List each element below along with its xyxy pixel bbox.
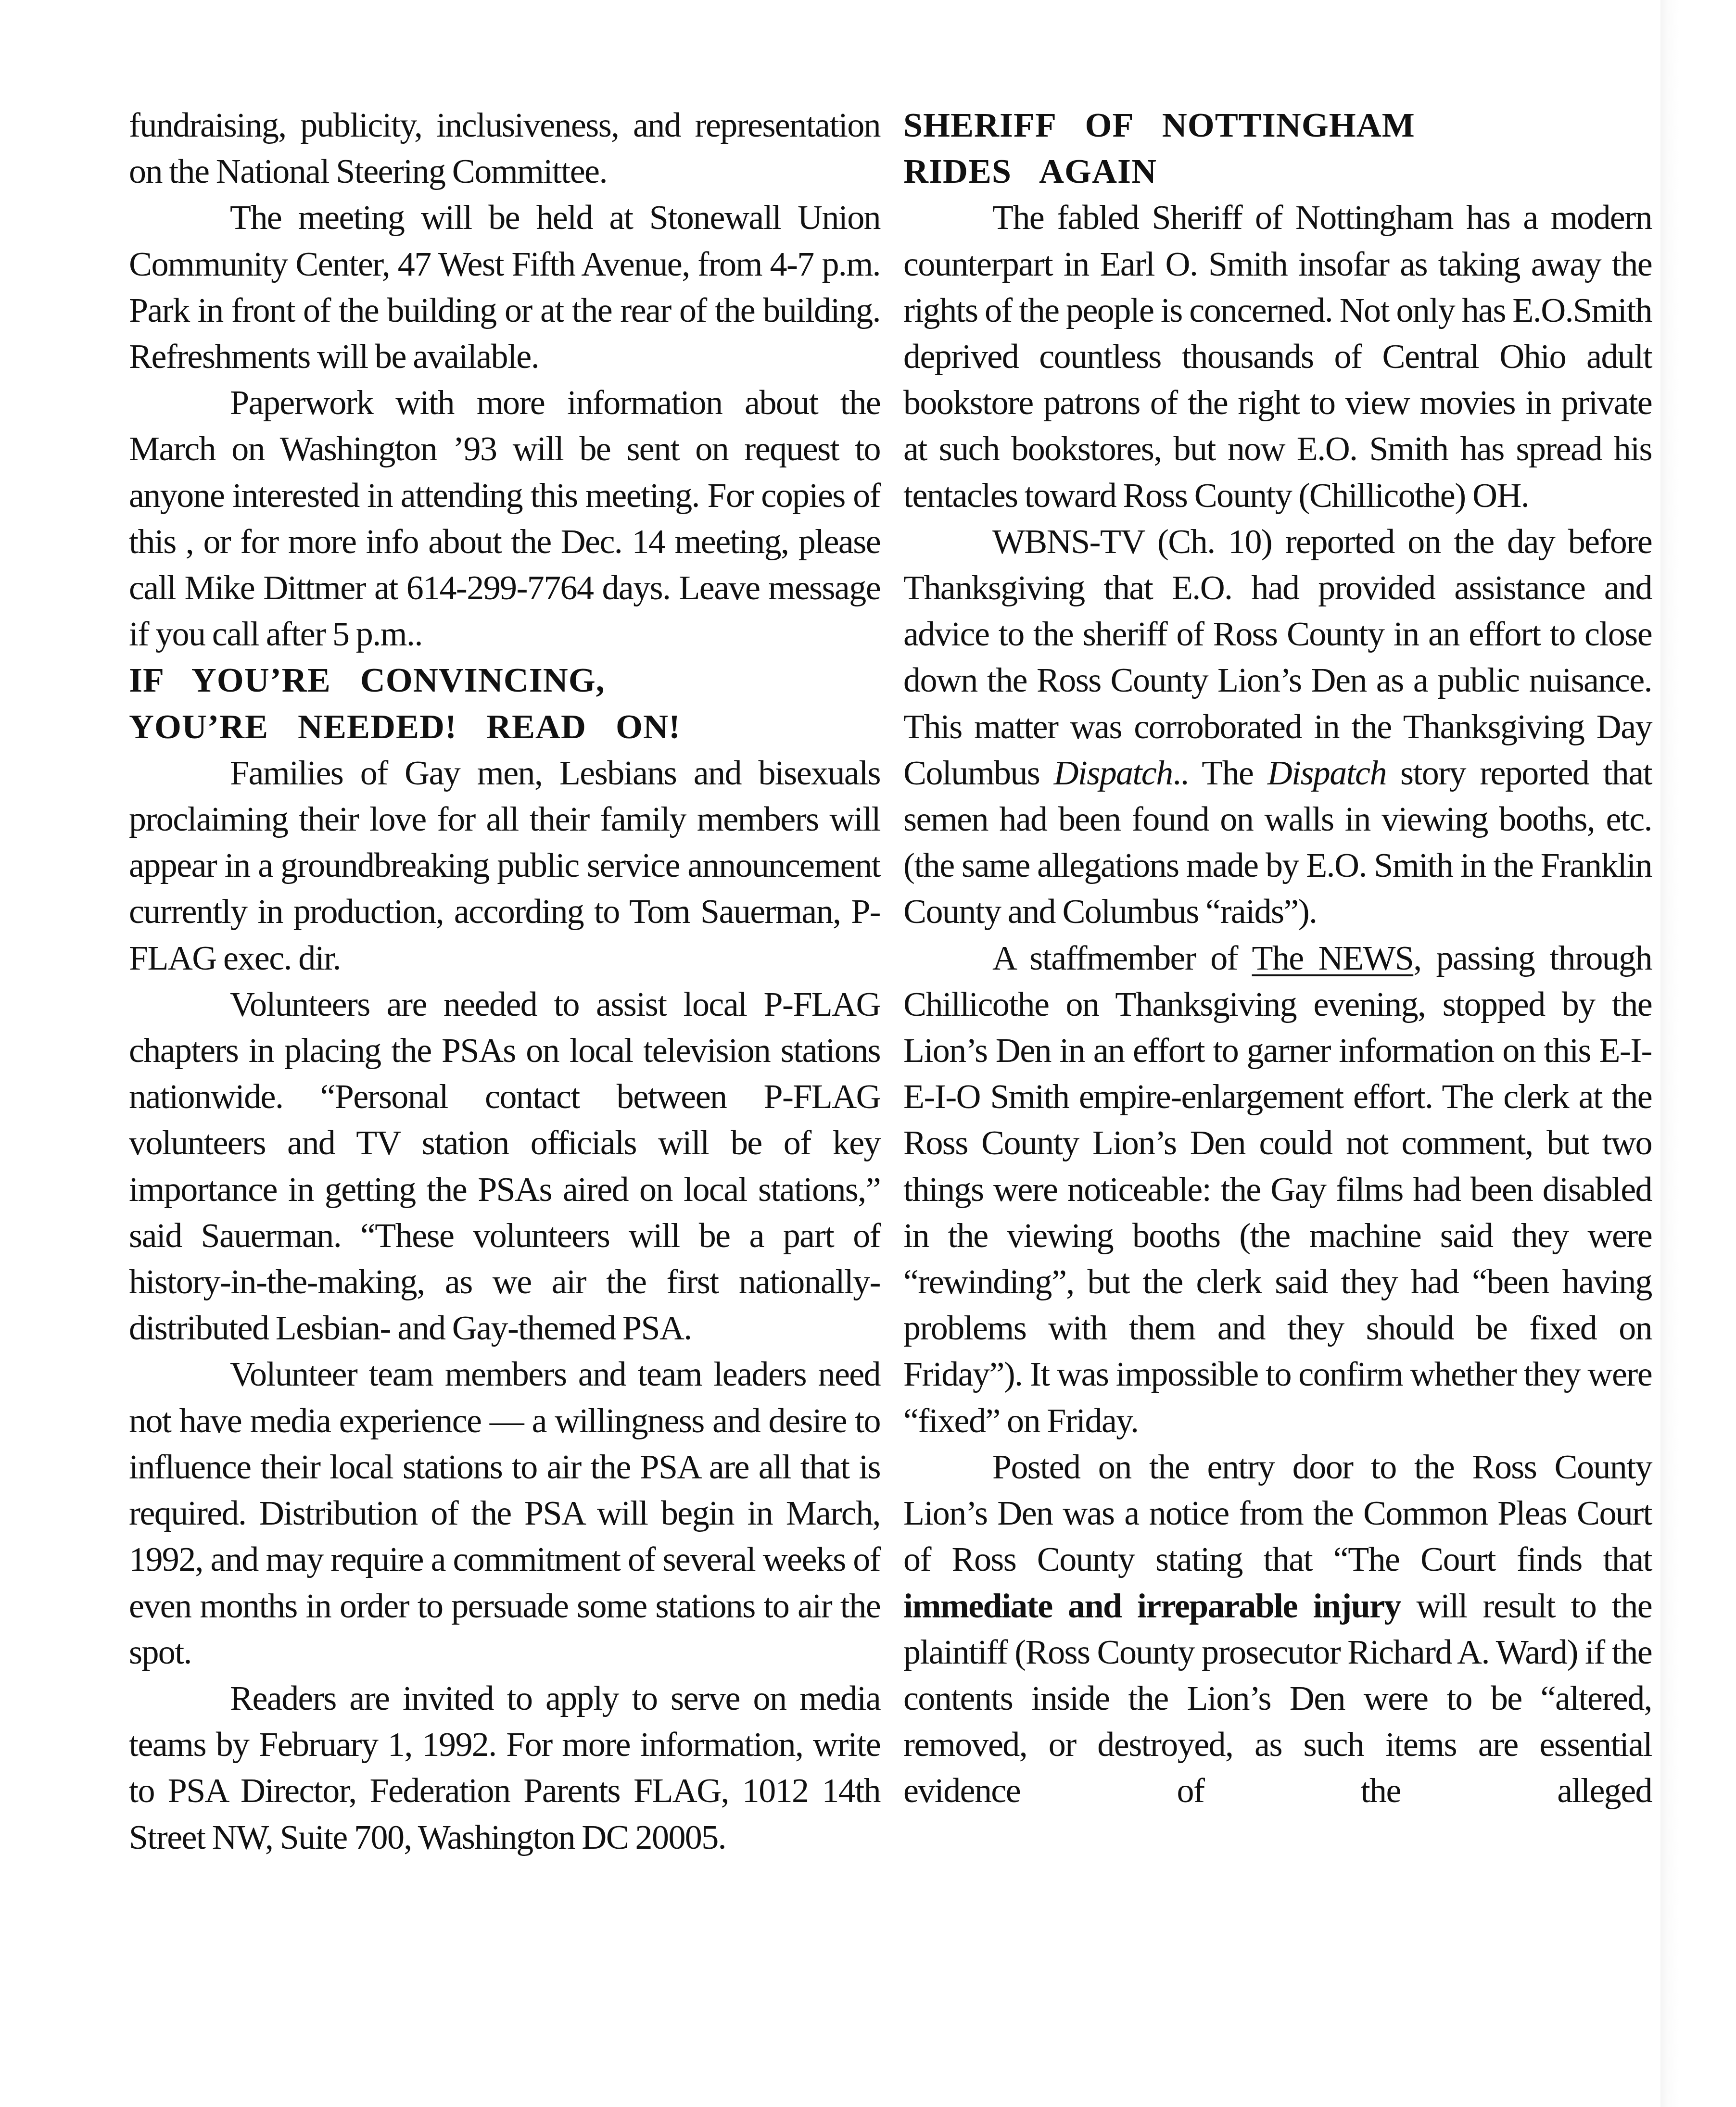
headline-sheriff-line1: SHERIFF OF NOTTINGHAM bbox=[903, 106, 1415, 144]
paragraph-meeting-location: The meeting will be held at Stonewall Un… bbox=[129, 194, 880, 379]
court-text-a: Posted on the entry door to the Ross Cou… bbox=[903, 1448, 1652, 1578]
court-bold-phrase: immediate and irreparable injury bbox=[903, 1587, 1401, 1625]
paragraph-staffmember-visit: A staffmember of The NEWS, passing throu… bbox=[903, 935, 1652, 1444]
headline-sheriff-line2: RIDES AGAIN bbox=[903, 152, 1157, 190]
paragraph-wbns-report: WBNS-TV (Ch. 10) reported on the day bef… bbox=[903, 518, 1652, 935]
paragraph-court-notice: Posted on the entry door to the Ross Cou… bbox=[903, 1444, 1652, 1814]
headline-sheriff: SHERIFF OF NOTTINGHAM RIDES AGAIN bbox=[903, 102, 1652, 194]
wbns-text-a: WBNS-TV (Ch. 10) reported on the day bef… bbox=[903, 522, 1652, 792]
staff-text-a: A staffmember of bbox=[992, 939, 1252, 977]
paragraph-paperwork-info: Paperwork with more information about th… bbox=[129, 379, 880, 657]
left-column: fundraising, publicity, inclusiveness, a… bbox=[129, 102, 880, 1860]
right-column: SHERIFF OF NOTTINGHAM RIDES AGAIN The fa… bbox=[903, 102, 1652, 1814]
headline-convincing-line2: YOU’RE NEEDED! READ ON! bbox=[129, 707, 681, 746]
dispatch-title-1: Dispatch bbox=[1053, 754, 1172, 792]
newsletter-page: fundraising, publicity, inclusiveness, a… bbox=[0, 0, 1736, 2107]
dispatch-title-2: Dispatch bbox=[1267, 754, 1386, 792]
paragraph-team-members: Volunteer team members and team leaders … bbox=[129, 1351, 880, 1675]
paragraph-steering-committee: fundraising, publicity, inclusiveness, a… bbox=[129, 102, 880, 194]
paragraph-readers-apply: Readers are invited to apply to serve on… bbox=[129, 1675, 880, 1860]
paragraph-sheriff-intro: The fabled Sheriff of Nottingham has a m… bbox=[903, 194, 1652, 518]
wbns-text-b: .. The bbox=[1173, 754, 1267, 792]
the-news-title: The NEWS bbox=[1252, 939, 1414, 977]
scan-edge-shadow bbox=[1660, 0, 1736, 2107]
headline-convincing: IF YOU’RE CONVINCING, YOU’RE NEEDED! REA… bbox=[129, 657, 880, 749]
staff-text-b: , passing through Chillicothe on Thanksg… bbox=[903, 939, 1652, 1440]
paragraph-volunteers-needed: Volunteers are needed to assist local P-… bbox=[129, 981, 880, 1351]
headline-convincing-line1: IF YOU’RE CONVINCING, bbox=[129, 661, 605, 699]
paragraph-families-psa: Families of Gay men, Lesbians and bisexu… bbox=[129, 750, 880, 981]
